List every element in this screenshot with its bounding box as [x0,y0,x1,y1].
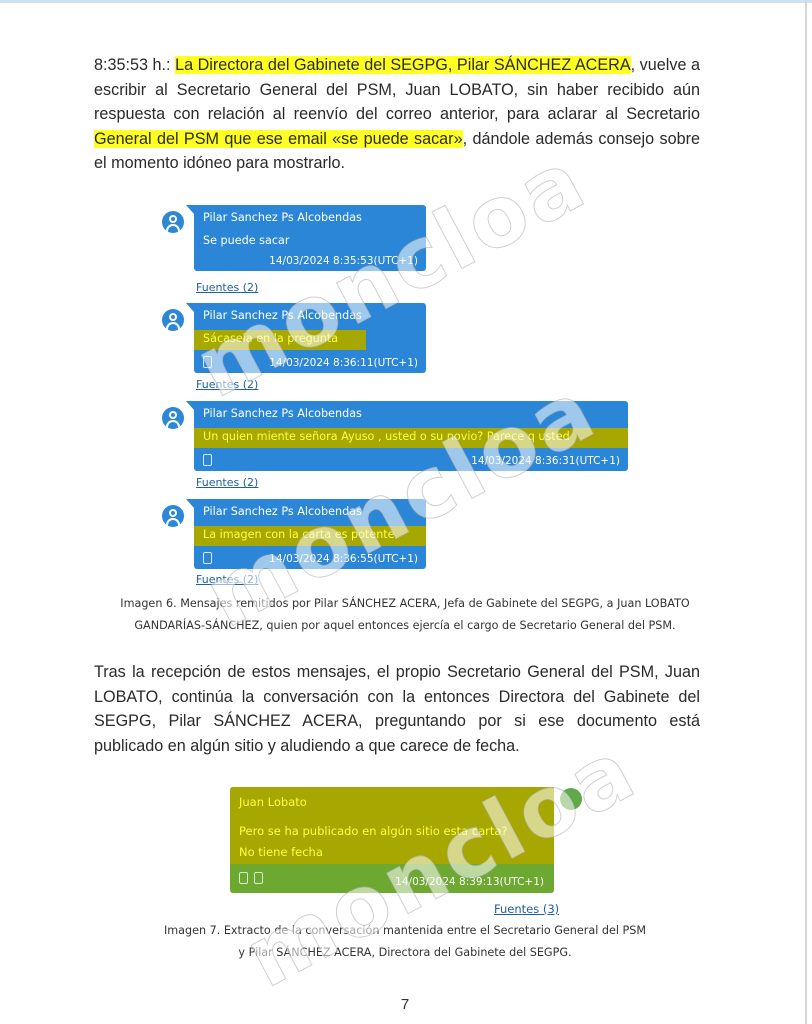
caption-line: Imagen 7. Extracto de la conversación ma… [100,920,710,942]
attachment-icon [254,872,263,884]
highlighted-text: La Directora del Gabinete del SEGPG, Pil… [175,56,631,74]
message-icons [239,869,269,888]
message-bubble: Pilar Sanchez Ps Alcobendas La imagen co… [194,499,426,569]
figure-caption-6: Imagen 6. Mensajes remitidos por Pilar S… [100,593,710,637]
reply-message-bubble: Juan Lobato Pero se ha publicado en algú… [230,787,554,893]
caption-line: GANDARÍAS-SÁNCHEZ, quien por aquel enton… [100,615,710,637]
message-text: Un quien miente señora Ayuso , usted o s… [194,428,628,448]
device-icon [203,552,212,564]
message-bubble: Pilar Sanchez Ps Alcobendas Se puede sac… [194,205,426,271]
viewer-top-strip [0,0,812,3]
device-icon [203,356,212,368]
message-bubble: Pilar Sanchez Ps Alcobendas Un quien mie… [194,401,628,471]
user-avatar-icon [162,309,184,331]
message-sender: Pilar Sanchez Ps Alcobendas [203,407,362,420]
paragraph-intro: 8:35:53 h.: La Directora del Gabinete de… [94,53,700,176]
message-sender: Juan Lobato [239,795,307,809]
sources-link[interactable]: Fuentes (3) [494,902,559,916]
message-text: La imagen con la carta es potente [194,526,426,546]
message-timestamp: 14/03/2024 8:35:53(UTC+1) [269,255,418,267]
sources-link[interactable]: Fuentes (2) [196,476,258,489]
message-sender: Pilar Sanchez Ps Alcobendas [203,211,362,224]
figure-caption-7: Imagen 7. Extracto de la conversación ma… [100,920,710,964]
device-icon [239,872,248,884]
user-avatar-icon [162,211,184,233]
sources-link[interactable]: Fuentes (2) [196,573,258,586]
page-number: 7 [390,996,420,1013]
message-sender: Pilar Sanchez Ps Alcobendas [203,309,362,322]
message-text: Pero se ha publicado en algún sitio esta… [239,821,508,863]
message-line: Pero se ha publicado en algún sitio esta… [239,821,508,842]
sources-link[interactable]: Fuentes (2) [196,378,258,391]
user-avatar-icon [162,505,184,527]
device-icon [203,454,212,466]
message-timestamp: 14/03/2024 8:36:55(UTC+1) [269,553,418,565]
caption-line: Imagen 6. Mensajes remitidos por Pilar S… [100,593,710,615]
message-timestamp: 14/03/2024 8:36:11(UTC+1) [269,357,418,369]
user-avatar-icon [162,407,184,429]
message-text: Se puede sacar [194,232,298,252]
message-line: No tiene fecha [239,842,508,863]
message-timestamp: 14/03/2024 8:39:13(UTC+1) [395,876,544,888]
user-avatar-icon [560,788,582,810]
message-sender: Pilar Sanchez Ps Alcobendas [203,505,362,518]
message-timestamp: 14/03/2024 8:36:31(UTC+1) [471,455,620,467]
highlighted-text: General del PSM que ese email «se puede … [94,130,463,148]
message-text: Sácasela en la pregunta [194,330,366,350]
sources-link[interactable]: Fuentes (2) [196,281,258,294]
message-bubble: Pilar Sanchez Ps Alcobendas Sácasela en … [194,303,426,373]
caption-line: y Pilar SÁNCHEZ ACERA, Directora del Gab… [100,942,710,964]
timestamp-prefix: 8:35:53 h.: [94,56,175,74]
page-right-edge [805,0,807,1024]
paragraph-followup: Tras la recepción de estos mensajes, el … [94,660,700,758]
